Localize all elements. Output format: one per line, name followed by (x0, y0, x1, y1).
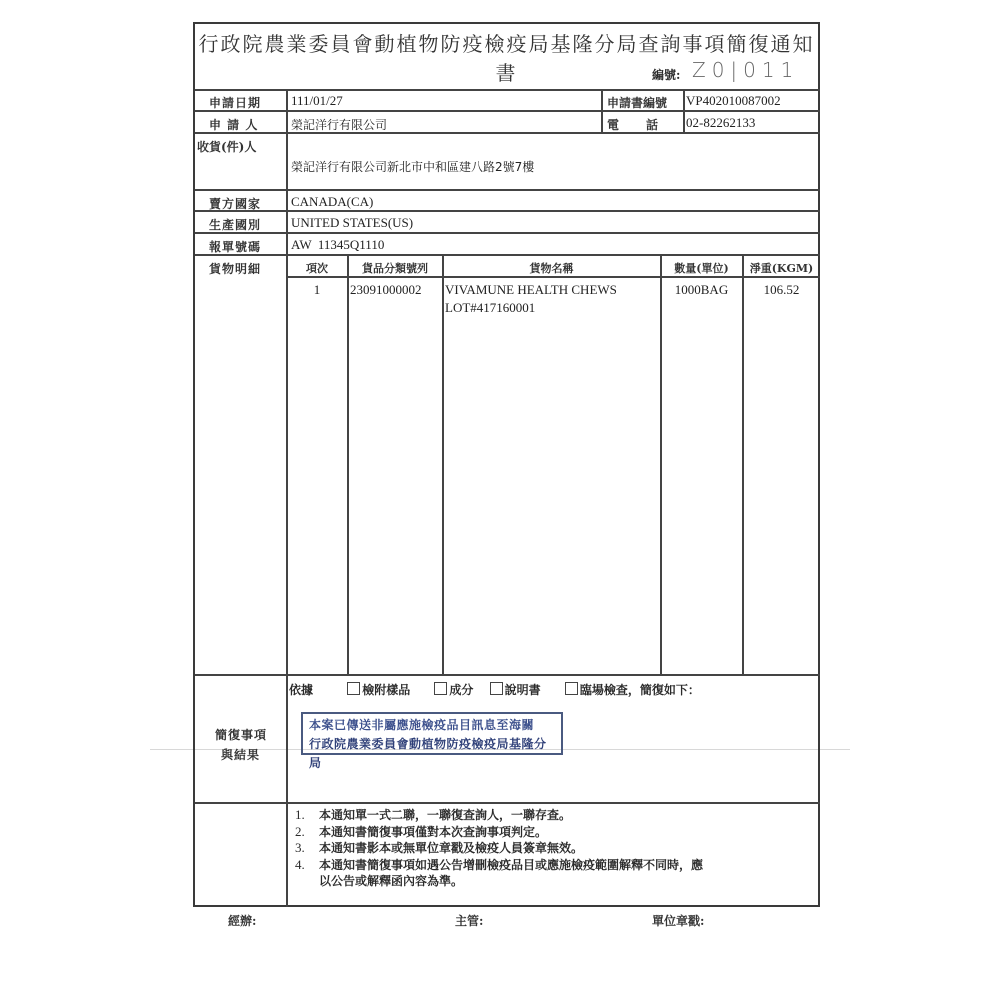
row-divider (195, 132, 820, 134)
apply-date-label: 申請日期 (209, 94, 261, 111)
checkbox-icon[interactable] (434, 682, 447, 695)
goods-col-hs-code: 貨品分類號列 (348, 260, 442, 276)
phone-label: 電 話 (607, 116, 659, 133)
goods-col-item: 項次 (287, 260, 347, 276)
serial-number-handwritten: Z0|011 (692, 58, 799, 82)
option-ingredients[interactable]: 成分 (434, 683, 473, 697)
notification-form: 行政院農業委員會動植物防疫檢疫局基隆分局查詢事項簡復通知書 編號: Z0|011… (193, 22, 820, 907)
seller-country-value: CANADA(CA) (291, 194, 373, 210)
serial-number-label: 編號: (652, 66, 680, 83)
official-stamp: 本案已傳送非屬應施檢疫品目訊息至海關 行政院農業委員會動植物防疫檢疫局基隆分局 (301, 712, 563, 755)
seller-country-label: 賣方國家 (209, 195, 261, 212)
row-divider (195, 232, 820, 234)
row-divider (195, 802, 820, 804)
checkbox-icon[interactable] (565, 682, 578, 695)
consignee-value: 榮記洋行有限公司新北市中和區建八路2號7樓 (291, 158, 534, 175)
declaration-number-value: AW 11345Q1110 (291, 237, 384, 253)
option-manual[interactable]: 說明書 (490, 683, 541, 697)
goods-quantity: 1000BAG (661, 282, 742, 298)
stamp-line1: 本案已傳送非屬應施檢疫品目訊息至海關 (309, 716, 555, 735)
goods-net-weight: 106.52 (743, 282, 820, 298)
list-item: 3.本通知書影本或無單位章戳及檢疫人員簽章無效。 (295, 840, 703, 857)
application-number-value: VP402010087002 (686, 93, 781, 109)
row-divider (195, 189, 820, 191)
row-divider (195, 89, 820, 91)
basis-options: 依據 檢附樣品 成分 說明書 臨場檢查，簡復如下： (289, 681, 700, 698)
origin-country-label: 生產國別 (209, 216, 261, 233)
row-divider (195, 674, 820, 676)
goods-item-number: 1 (287, 282, 347, 298)
goods-column-divider (742, 254, 744, 674)
applicant-label: 申 請 人 (209, 116, 258, 133)
column-divider (683, 89, 685, 132)
goods-header-divider (287, 276, 820, 278)
goods-col-net-weight: 淨重(KGM) (743, 260, 820, 276)
row-divider (195, 210, 820, 212)
checkbox-icon[interactable] (490, 682, 503, 695)
goods-name-line1: VIVAMUNE HEALTH CHEWS (445, 282, 617, 298)
consignee-label: 收貨(件)人 (197, 138, 256, 155)
reply-label-line1: 簡復事項 (215, 726, 267, 743)
applicant-value: 榮記洋行有限公司 (291, 116, 387, 133)
reply-label-line2: 與結果 (221, 746, 260, 763)
goods-col-quantity: 數量(單位) (661, 260, 742, 276)
application-number-label: 申請書編號 (607, 94, 667, 111)
goods-column-divider (347, 254, 349, 674)
stamp-line2: 行政院農業委員會動植物防疫檢疫局基隆分局 (309, 735, 555, 773)
list-item: 1.本通知單一式二聯，一聯復查詢人，一聯存查。 (295, 807, 703, 824)
row-divider (195, 254, 820, 256)
basis-label: 依據 (289, 683, 313, 697)
goods-column-divider (660, 254, 662, 674)
apply-date-value: 111/01/27 (291, 93, 343, 109)
goods-name-line2: LOT#417160001 (445, 300, 535, 316)
handler-signature-label: 經辦: (228, 912, 256, 929)
supervisor-signature-label: 主管: (455, 912, 483, 929)
row-divider (195, 110, 820, 112)
notes-list: 1.本通知單一式二聯，一聯復查詢人，一聯存查。 2.本通知書簡復事項僅對本次查詢… (295, 807, 703, 890)
option-attached-sample[interactable]: 檢附樣品 (347, 683, 410, 697)
goods-col-name: 貨物名稱 (443, 260, 660, 276)
origin-country-value: UNITED STATES(US) (291, 215, 413, 231)
label-column-divider (286, 89, 288, 907)
checkbox-icon[interactable] (347, 682, 360, 695)
option-onsite-inspection[interactable]: 臨場檢查，簡復如下： (565, 683, 700, 697)
goods-hs-code: 23091000002 (350, 282, 422, 298)
list-item: 4.本通知書簡復事項如遇公告增刪檢疫品目或應施檢疫範圍解釋不同時，應 (295, 857, 703, 874)
column-divider (601, 89, 603, 132)
phone-value: 02-82262133 (686, 115, 755, 131)
list-item-continuation: 以公告或解釋函內容為準。 (295, 873, 703, 890)
declaration-number-label: 報單號碼 (209, 238, 261, 255)
goods-detail-label: 貨物明細 (209, 260, 261, 277)
unit-seal-label: 單位章戳: (652, 912, 704, 929)
goods-column-divider (442, 254, 444, 674)
list-item: 2.本通知書簡復事項僅對本次查詢事項判定。 (295, 824, 703, 841)
